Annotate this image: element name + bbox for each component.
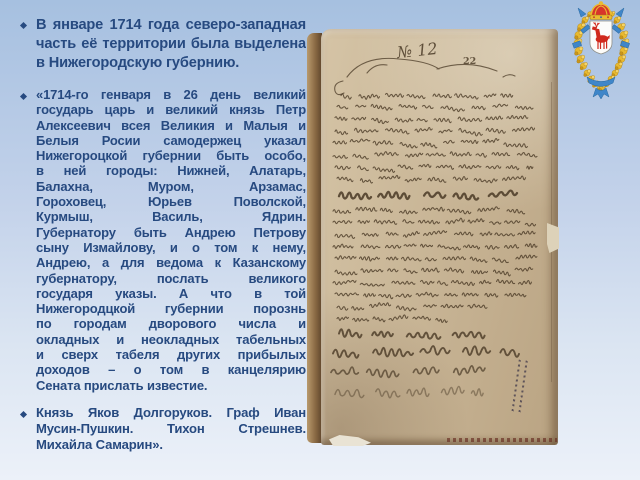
nizhny-novgorod-coat-of-arms-icon xyxy=(562,0,640,104)
bullet-text: «1714-го генваря в 26 день великийгосуда… xyxy=(36,87,306,393)
manuscript-photo: № 12 22 xyxy=(307,27,565,447)
bullet-diamond-icon xyxy=(10,405,36,453)
bullet-diamond-icon xyxy=(10,87,36,393)
list-item: В январе 1714 года северо-западнаячасть … xyxy=(10,16,306,73)
bullet-text: Князь Яков Долгоруков. Граф ИванМусин-Пу… xyxy=(36,405,306,453)
archive-micro-text xyxy=(447,438,557,442)
page-number-label: 22 xyxy=(463,56,476,67)
list-item: Князь Яков Долгоруков. Граф ИванМусин-Пу… xyxy=(10,405,306,453)
top-flourish xyxy=(335,58,515,94)
bullet-diamond-icon xyxy=(10,16,36,73)
bullet-list: В январе 1714 года северо-западнаячасть … xyxy=(10,16,306,467)
bullet-text: В январе 1714 года северо-западнаячасть … xyxy=(36,16,306,73)
crown-icon xyxy=(590,1,612,19)
presentation-slide: В январе 1714 года северо-западнаячасть … xyxy=(0,0,640,480)
list-item: «1714-го генваря в 26 день великийгосуда… xyxy=(10,87,306,393)
